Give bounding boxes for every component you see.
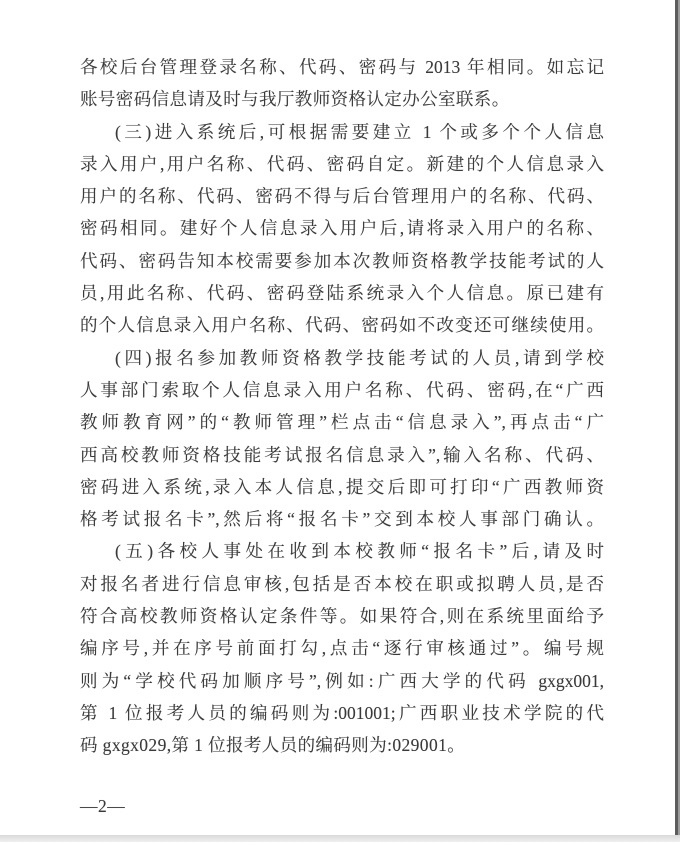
text-line: 的个人信息录入用户名称、代码、密码如不改变还可继续使用。 — [80, 309, 604, 341]
page-number: —2— — [80, 790, 125, 822]
text-line: 密码进入系统,录入本人信息,提交后即可打印“广西教师资 — [80, 471, 604, 503]
scan-edge-line — [675, 0, 678, 835]
text-line: 教师教育网”的“教师管理”栏点击“信息录入”,再点击“广 — [80, 406, 604, 438]
text-line: 账号密码信息请及时与我厅教师资格认定办公室联系。 — [80, 83, 604, 115]
text-line: 第 1 位报考人员的编码则为:001001;广西职业技术学院的代 — [80, 697, 604, 729]
text-line: 则为“学校代码加顺序号”,例如:广西大学的代码 gxgx001, — [80, 665, 604, 697]
text-line: (四)报名参加教师资格教学技能考试的人员,请到学校 — [80, 342, 604, 374]
text-line: 代码、密码告知本校需要参加本次教师资格教学技能考试的人 — [80, 245, 604, 277]
text-line: (三)进入系统后,可根据需要建立 1 个或多个个人信息 — [80, 116, 604, 148]
text-line: (五)各校人事处在收到本校教师“报名卡”后,请及时 — [80, 535, 604, 567]
text-line: 西高校教师资格技能考试报名信息录入”,输入名称、代码、 — [80, 439, 604, 471]
text-line: 符合高校教师资格认定条件等。如果符合,则在系统里面给予 — [80, 600, 604, 632]
text-line: 用户的名称、代码、密码不得与后台管理用户的名称、代码、 — [80, 180, 604, 212]
scanned-document-page: 各校后台管理登录名称、代码、密码与 2013 年相同。如忘记 账号密码信息请及时… — [0, 0, 680, 842]
text-line: 各校后台管理登录名称、代码、密码与 2013 年相同。如忘记 — [80, 51, 604, 83]
text-line: 码 gxgx029,第 1 位报考人员的编码则为:029001。 — [80, 729, 604, 761]
scan-bottom-strip — [0, 835, 680, 842]
document-body-text: 各校后台管理登录名称、代码、密码与 2013 年相同。如忘记 账号密码信息请及时… — [80, 51, 604, 762]
text-line: 员,用此名称、代码、密码登陆系统录入个人信息。原已建有 — [80, 277, 604, 309]
text-line: 格考试报名卡”,然后将“报名卡”交到本校人事部门确认。 — [80, 503, 604, 535]
text-line: 对报名者进行信息审核,包括是否本校在职或拟聘人员,是否 — [80, 568, 604, 600]
text-line: 人事部门索取个人信息录入用户名称、代码、密码,在“广西 — [80, 374, 604, 406]
text-line: 编序号,并在序号前面打勾,点击“逐行审核通过”。编号规 — [80, 632, 604, 664]
text-line: 录入用户,用户名称、代码、密码自定。新建的个人信息录入 — [80, 148, 604, 180]
text-line: 密码相同。建好个人信息录入用户后,请将录入用户的名称、 — [80, 212, 604, 244]
